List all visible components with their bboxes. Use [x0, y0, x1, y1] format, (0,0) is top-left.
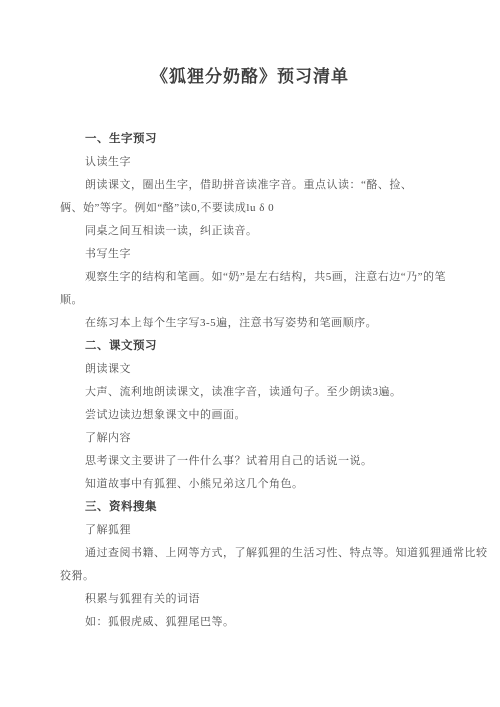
- document-line: 积累与狐狸有关的词语: [60, 588, 464, 611]
- document-line: 尝试边读边想象课文中的画面。: [60, 404, 464, 427]
- page-title: 《狐狸分奶酪》预习清单: [0, 0, 500, 87]
- document-line: 朗读课文，圈出生字，借助拼音读准字音。重点认读：“酪、捡、: [60, 174, 464, 197]
- document-line: 朗读课文: [60, 358, 464, 381]
- document-line: 顺。: [60, 289, 464, 312]
- document-line: 了解狐狸: [60, 519, 464, 542]
- document-line: 认读生字: [60, 151, 464, 174]
- document-line: 同桌之间互相读一读，纠正读音。: [60, 220, 464, 243]
- document-line: 书写生字: [60, 243, 464, 266]
- document-line: 了解内容: [60, 427, 464, 450]
- section-heading: 二、课文预习: [60, 335, 464, 358]
- document-line: 通过查阅书籍、上网等方式，了解狐狸的生活习性、特点等。知道狐狸通常比较: [60, 542, 464, 565]
- document-page: 《狐狸分奶酪》预习清单 一、生字预习认读生字朗读课文，圈出生字，借助拼音读准字音…: [0, 0, 500, 707]
- section-heading: 一、生字预习: [60, 128, 464, 151]
- document-line: 知道故事中有狐狸、小熊兄弟这几个角色。: [60, 473, 464, 496]
- section-heading: 三、资料搜集: [60, 496, 464, 519]
- document-body: 一、生字预习认读生字朗读课文，圈出生字，借助拼音读准字音。重点认读：“酪、捡、俩…: [0, 128, 500, 634]
- document-line: 思考课文主要讲了一件什么事？试着用自己的话说一说。: [60, 450, 464, 473]
- document-line: 狡猾。: [60, 565, 464, 588]
- document-line: 大声、流利地朗读课文，读准字音，读通句子。至少朗读3遍。: [60, 381, 464, 404]
- document-line: 俩、始”等字。例如“酪”读0,不要读成lu δ 0: [60, 197, 464, 220]
- document-line: 如：狐假虎威、狐狸尾巴等。: [60, 611, 464, 634]
- document-line: 在练习本上每个生字写3-5遍，注意书写姿势和笔画顺序。: [60, 312, 464, 335]
- document-line: 观察生字的结构和笔画。如“奶”是左右结构，共5画，注意右边“乃”的笔: [60, 266, 464, 289]
